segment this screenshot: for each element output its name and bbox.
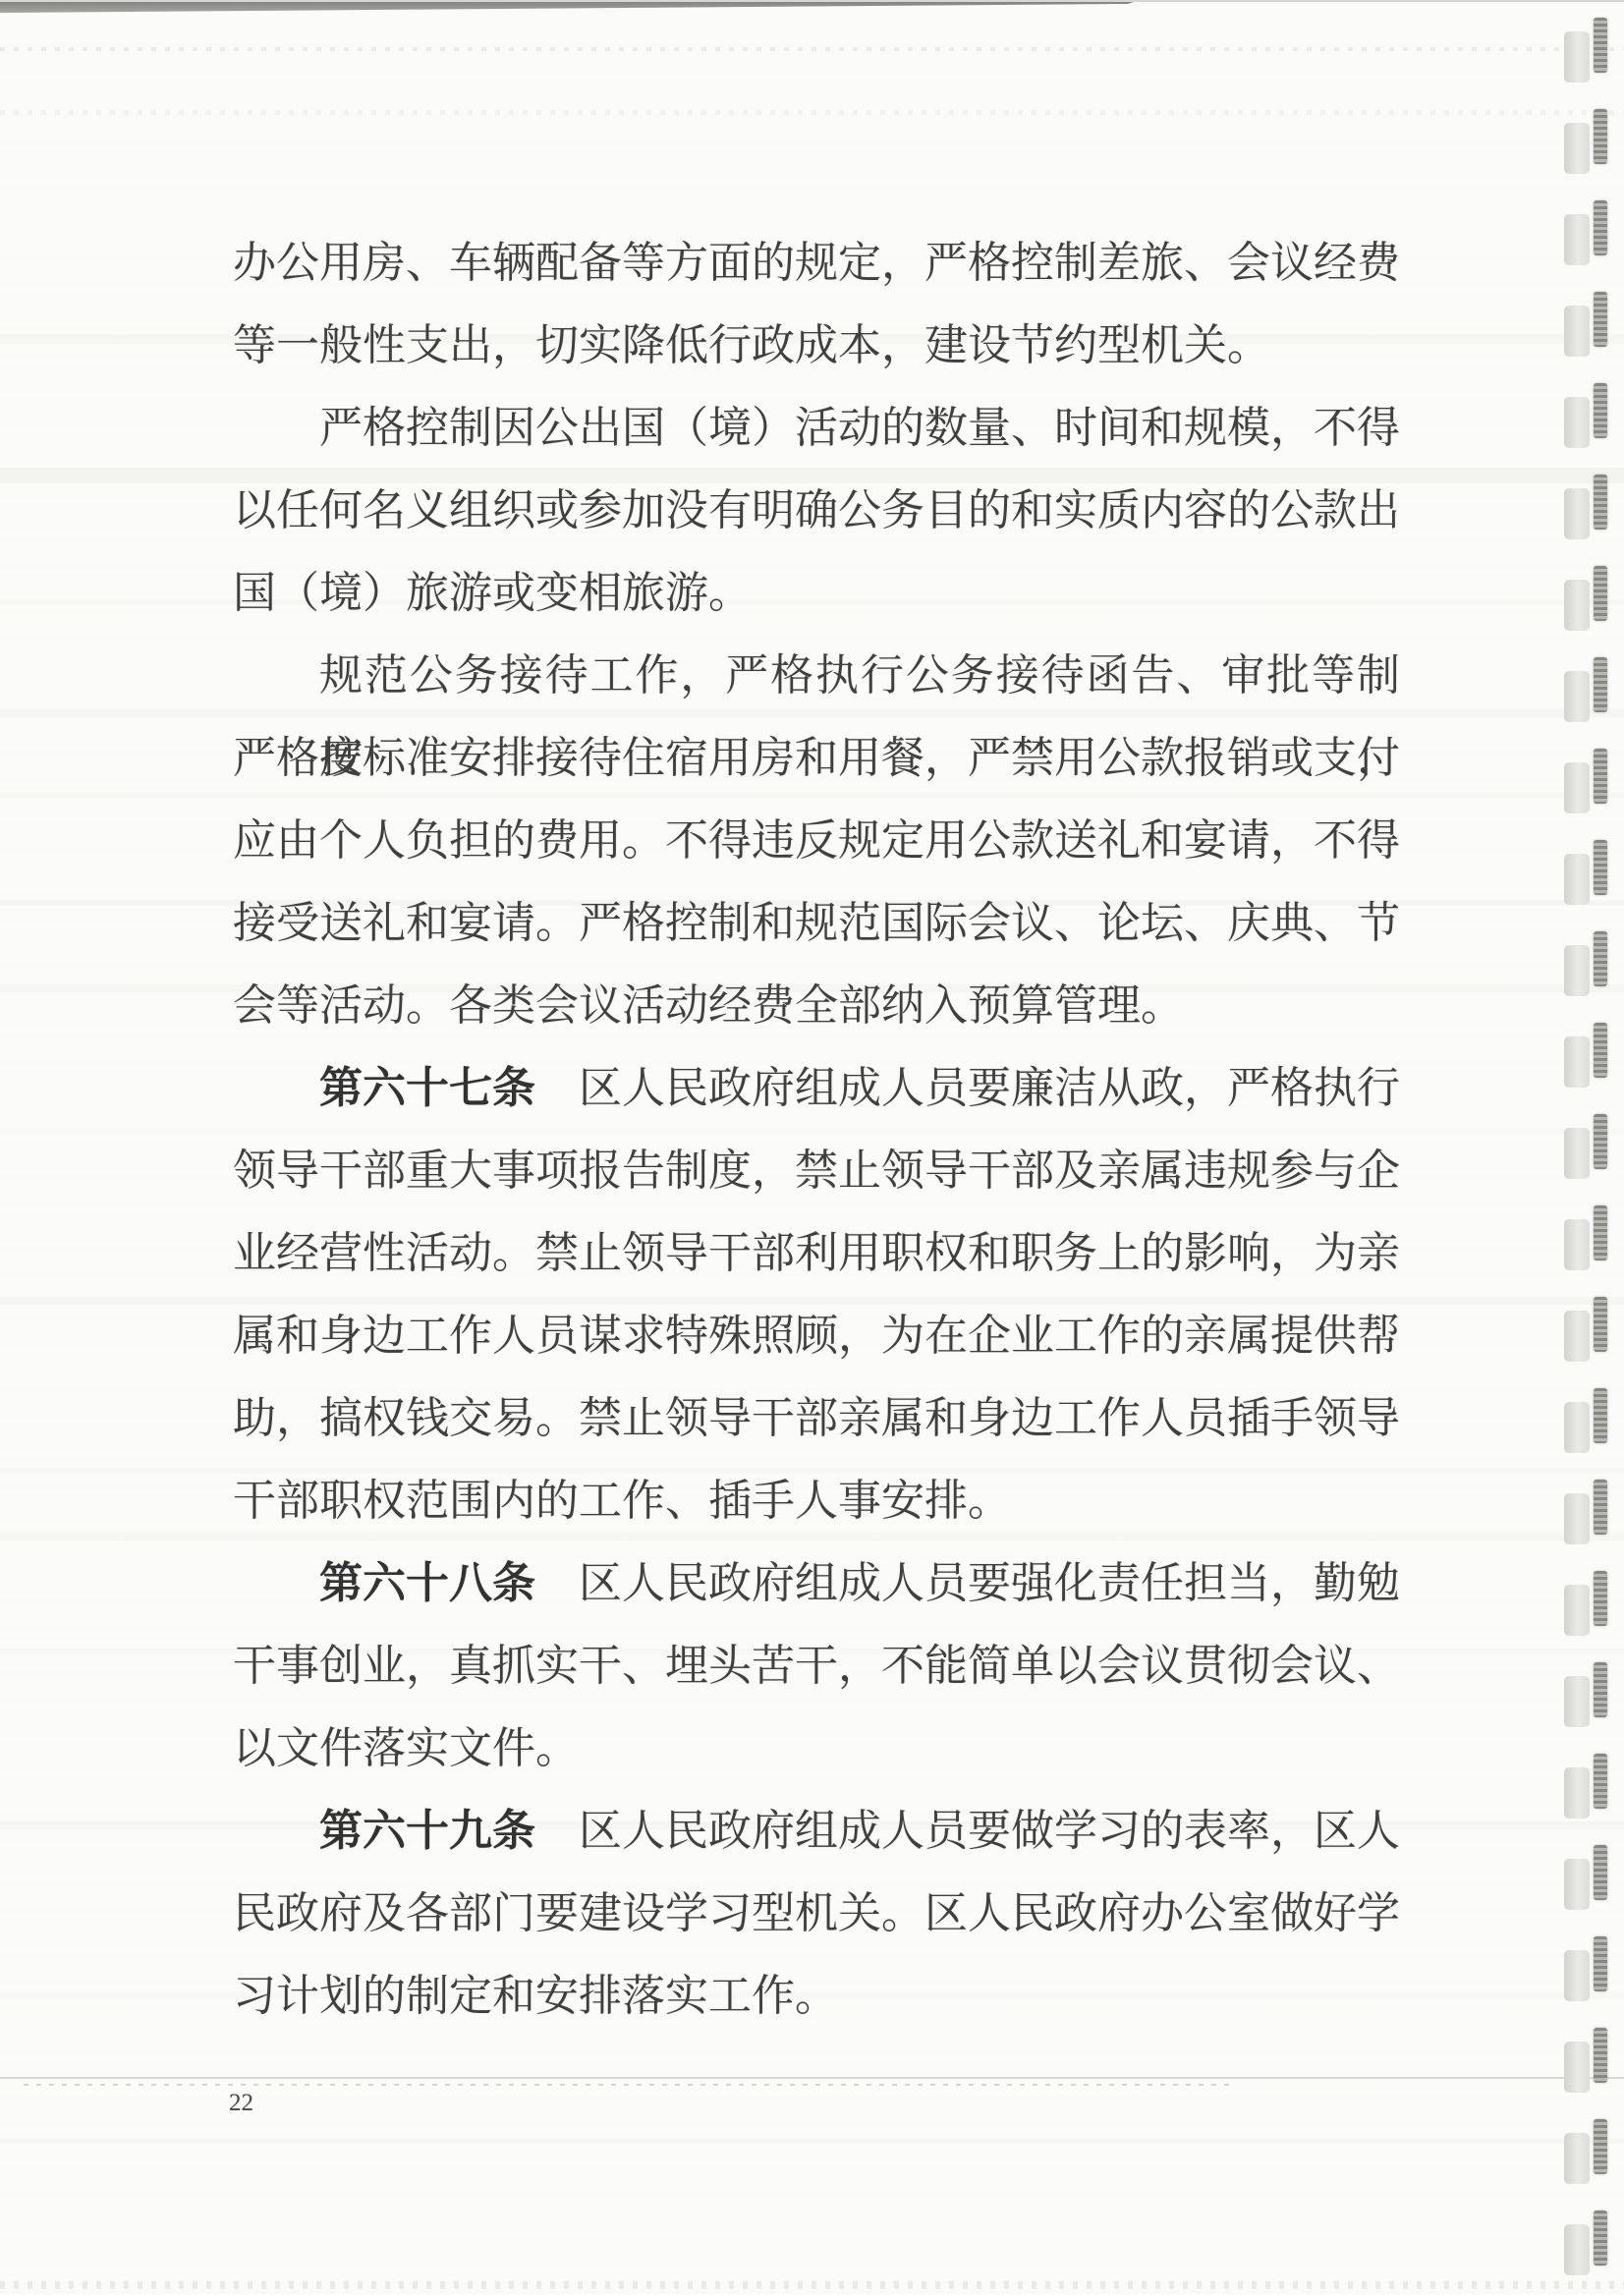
text-run: 助，搞权钱交易。禁止领导干部亲属和身边工作人员插手领导 xyxy=(233,1394,1400,1442)
binding-hole-shadow xyxy=(1594,1845,1607,1900)
binding-hole-highlight xyxy=(1564,2042,1590,2093)
binding-hole-highlight xyxy=(1564,1219,1590,1270)
text-run: 以文件落实文件。 xyxy=(233,1724,579,1772)
binding-hole-highlight xyxy=(1564,1311,1590,1362)
binding-hole-highlight xyxy=(1564,123,1590,174)
text-run: 办公用房、车辆配备等方面的规定，严格控制差旅、会议经费 xyxy=(233,239,1400,287)
text-line: 国（境）旅游或变相旅游。 xyxy=(233,552,1400,635)
binding-hole xyxy=(1564,1571,1611,1640)
binding-hole xyxy=(1564,1114,1611,1183)
binding-hole xyxy=(1564,1754,1611,1822)
binding-hole-highlight xyxy=(1564,397,1590,448)
binding-hole xyxy=(1564,2211,1611,2279)
document-text: 办公用房、车辆配备等方面的规定，严格控制差旅、会议经费等一般性支出，切实降低行政… xyxy=(233,222,1400,2038)
binding-hole xyxy=(1564,109,1611,178)
text-line: 干事创业，真抓实干、埋头苦干，不能简单以会议贯彻会议、 xyxy=(233,1625,1400,1707)
text-run: 等一般性支出，切实降低行政成本，建设节约型机关。 xyxy=(233,321,1270,369)
binding-hole xyxy=(1564,18,1611,86)
binding-hole-shadow xyxy=(1594,1936,1607,1991)
binding-hole-highlight xyxy=(1564,1402,1590,1453)
binding-hole-highlight xyxy=(1564,945,1590,996)
text-line: 第六十八条 区人民政府组成人员要强化责任担当，勤勉 xyxy=(233,1542,1400,1625)
binding-hole-highlight xyxy=(1564,1585,1590,1636)
binding-hole xyxy=(1564,657,1611,726)
text-run: 会等活动。各类会议活动经费全部纳入预算管理。 xyxy=(233,981,1184,1030)
binding-hole xyxy=(1564,749,1611,817)
binding-hole xyxy=(1564,840,1611,909)
scan-top-edge-artifact xyxy=(0,0,1624,14)
text-run: 干部职权范围内的工作、插手人事安排。 xyxy=(233,1477,1011,1525)
text-line: 规范公务接待工作，严格执行公务接待函告、审批等制度， xyxy=(233,635,1400,717)
binding-hole-shadow xyxy=(1594,931,1607,986)
binding-hole xyxy=(1564,1936,1611,2005)
text-line: 办公用房、车辆配备等方面的规定，严格控制差旅、会议经费 xyxy=(233,222,1400,305)
scan-streak xyxy=(0,47,1624,51)
binding-hole xyxy=(1564,200,1611,269)
binding-hole-highlight xyxy=(1564,1676,1590,1727)
binding-hole-shadow xyxy=(1594,1388,1607,1443)
binding-hole-shadow xyxy=(1594,1023,1607,1078)
scanned-page: 办公用房、车辆配备等方面的规定，严格控制差旅、会议经费等一般性支出，切实降低行政… xyxy=(0,0,1624,2295)
binding-hole-shadow xyxy=(1594,109,1607,164)
binding-hole xyxy=(1564,931,1611,1000)
binding-hole-shadow xyxy=(1594,2028,1607,2083)
binding-hole-highlight xyxy=(1564,1493,1590,1544)
binding-hole-highlight xyxy=(1564,1859,1590,1910)
article-number: 第六十九条 xyxy=(319,1807,535,1855)
text-run: 严格控制因公出国（境）活动的数量、时间和规模，不得 xyxy=(319,404,1400,452)
binding-hole-highlight xyxy=(1564,2224,1590,2275)
binding-hole xyxy=(1564,2028,1611,2097)
scan-streak xyxy=(0,2281,1624,2289)
text-line: 严格按标准安排接待住宿用房和用餐，严禁用公款报销或支付 xyxy=(233,717,1400,800)
text-line: 领导干部重大事项报告制度，禁止领导干部及亲属违规参与企 xyxy=(233,1130,1400,1212)
binding-hole-shadow xyxy=(1594,1754,1607,1809)
binding-hole-shadow xyxy=(1594,2119,1607,2174)
binding-hole xyxy=(1564,475,1611,543)
text-line: 第六十七条 区人民政府组成人员要廉洁从政，严格执行 xyxy=(233,1047,1400,1130)
binding-hole xyxy=(1564,1662,1611,1731)
text-run: 接受送礼和宴请。严格控制和规范国际会议、论坛、庆典、节 xyxy=(233,899,1400,947)
binding-hole xyxy=(1564,1845,1611,1914)
binding-hole-shadow xyxy=(1594,1480,1607,1535)
text-run: 属和身边工作人员谋求特殊照顾，为在企业工作的亲属提供帮 xyxy=(233,1312,1400,1360)
binding-hole xyxy=(1564,383,1611,452)
binding-hole xyxy=(1564,1480,1611,1548)
text-run: 区人民政府组成人员要强化责任担当，勤勉 xyxy=(535,1559,1400,1607)
scan-streak xyxy=(0,110,1624,115)
binding-hole-shadow xyxy=(1594,292,1607,347)
binding-hole-highlight xyxy=(1564,1128,1590,1179)
footer-noise xyxy=(24,2084,1232,2086)
binding-hole-shadow xyxy=(1594,200,1607,255)
binding-hole-highlight xyxy=(1564,31,1590,83)
binding-hole-highlight xyxy=(1564,306,1590,357)
text-line: 习计划的制定和安排落实工作。 xyxy=(233,1955,1400,2038)
text-line: 以文件落实文件。 xyxy=(233,1707,1400,1790)
binding-hole xyxy=(1564,292,1611,361)
binding-hole-shadow xyxy=(1594,1662,1607,1717)
binding-hole-shadow xyxy=(1594,2211,1607,2266)
text-line: 属和身边工作人员谋求特殊照顾，为在企业工作的亲属提供帮 xyxy=(233,1295,1400,1377)
binding-hole-shadow xyxy=(1594,657,1607,712)
scan-streak xyxy=(0,2138,1624,2144)
page-number: 22 xyxy=(229,2089,253,2118)
text-line: 第六十九条 区人民政府组成人员要做学习的表率，区人 xyxy=(233,1790,1400,1873)
binding-hole-shadow xyxy=(1594,18,1607,73)
binding-hole-highlight xyxy=(1564,762,1590,813)
binding-hole xyxy=(1564,1205,1611,1274)
text-run: 民政府及各部门要建设学习型机关。区人民政府办公室做好学 xyxy=(233,1889,1400,1937)
text-run: 区人民政府组成人员要廉洁从政，严格执行 xyxy=(535,1064,1400,1112)
binding-hole-shadow xyxy=(1594,475,1607,530)
text-line: 民政府及各部门要建设学习型机关。区人民政府办公室做好学 xyxy=(233,1873,1400,1955)
text-line: 应由个人负担的费用。不得违反规定用公款送礼和宴请，不得 xyxy=(233,800,1400,882)
text-run: 干事创业，真抓实干、埋头苦干，不能简单以会议贯彻会议、 xyxy=(233,1642,1400,1690)
binding-hole-highlight xyxy=(1564,854,1590,905)
text-run: 以任何名义组织或参加没有明确公务目的和实质内容的公款出 xyxy=(233,486,1400,534)
binding-hole-shadow xyxy=(1594,840,1607,895)
binding-hole-shadow xyxy=(1594,566,1607,621)
binding-hole-highlight xyxy=(1564,1767,1590,1819)
text-run: 业经营性活动。禁止领导干部利用职权和职务上的影响，为亲 xyxy=(233,1229,1400,1277)
text-line: 助，搞权钱交易。禁止领导干部亲属和身边工作人员插手领导 xyxy=(233,1377,1400,1460)
binding-hole-shadow xyxy=(1594,1297,1607,1352)
text-run: 区人民政府组成人员要做学习的表率，区人 xyxy=(535,1807,1400,1855)
binding-hole-highlight xyxy=(1564,1950,1590,2001)
binding-hole-shadow xyxy=(1594,1571,1607,1626)
binding-hole-highlight xyxy=(1564,2133,1590,2184)
text-line: 会等活动。各类会议活动经费全部纳入预算管理。 xyxy=(233,965,1400,1047)
text-line: 以任何名义组织或参加没有明确公务目的和实质内容的公款出 xyxy=(233,470,1400,552)
scan-top-edge-line xyxy=(0,0,1624,2)
binding-hole-highlight xyxy=(1564,1036,1590,1088)
binding-hole xyxy=(1564,1297,1611,1366)
binding-hole xyxy=(1564,1388,1611,1457)
binding-hole-highlight xyxy=(1564,214,1590,265)
binding-hole xyxy=(1564,2119,1611,2188)
text-run: 严格按标准安排接待住宿用房和用餐，严禁用公款报销或支付 xyxy=(233,734,1400,782)
binding-hole xyxy=(1564,566,1611,635)
binding-hole xyxy=(1564,1023,1611,1092)
binding-hole-highlight xyxy=(1564,488,1590,539)
footer-rule xyxy=(0,2077,1624,2079)
binding-hole-highlight xyxy=(1564,671,1590,722)
binding-hole-shadow xyxy=(1594,383,1607,438)
text-line: 干部职权范围内的工作、插手人事安排。 xyxy=(233,1460,1400,1542)
text-run: 应由个人负担的费用。不得违反规定用公款送礼和宴请，不得 xyxy=(233,816,1400,865)
text-run: 领导干部重大事项报告制度，禁止领导干部及亲属违规参与企 xyxy=(233,1147,1400,1195)
text-line: 接受送礼和宴请。严格控制和规范国际会议、论坛、庆典、节 xyxy=(233,882,1400,965)
article-number: 第六十七条 xyxy=(319,1064,535,1112)
binding-hole-shadow xyxy=(1594,749,1607,804)
text-run: 习计划的制定和安排落实工作。 xyxy=(233,1972,838,2020)
text-run: 国（境）旅游或变相旅游。 xyxy=(233,569,752,617)
text-line: 等一般性支出，切实降低行政成本，建设节约型机关。 xyxy=(233,305,1400,387)
binding-hole-shadow xyxy=(1594,1114,1607,1169)
text-line: 严格控制因公出国（境）活动的数量、时间和规模，不得 xyxy=(233,387,1400,470)
binding-hole-highlight xyxy=(1564,580,1590,631)
article-number: 第六十八条 xyxy=(319,1559,535,1607)
text-line: 业经营性活动。禁止领导干部利用职权和职务上的影响，为亲 xyxy=(233,1212,1400,1295)
binding-hole-shadow xyxy=(1594,1205,1607,1260)
